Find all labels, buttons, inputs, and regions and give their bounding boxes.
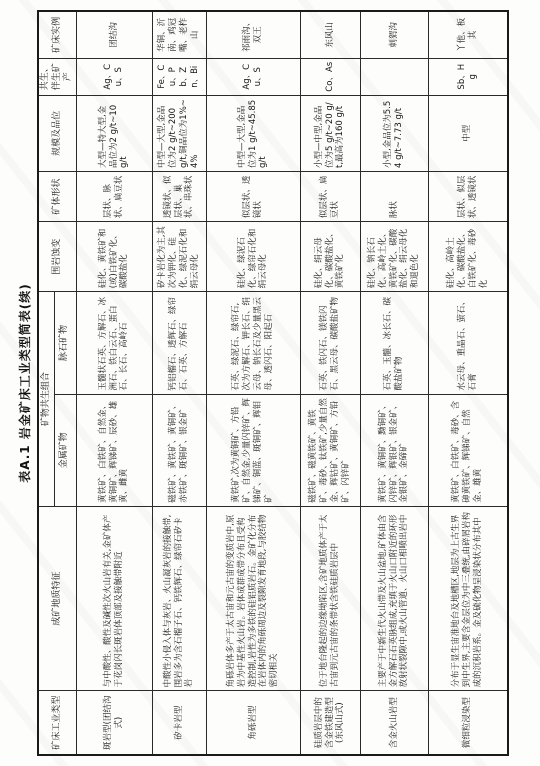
cell-gangue-row2: 钙铝榴石、透辉石、绿帘石、石英、方解石 bbox=[152, 292, 206, 394]
cell-metallic-row3: 黄铁矿,次为黄铜矿、方铅矿、自然金,少量闪锌矿、辉锑矿、铜蓝、斑铜矿、辉钼矿 bbox=[206, 394, 300, 506]
gold-deposit-type-table: 矿床工业类型 成矿地质特征 矿物共生组合 围岩蚀变 矿体形状 规模及品位 共生、… bbox=[37, 10, 509, 756]
table-row-skarn: 矽卡岩型 中酸性小侵入体与灰岩、火山凝灰岩的接触带,围岩多为含石榴子石、钙铁辉石… bbox=[152, 11, 206, 755]
cell-metallic-row5: 黄铁矿、黄铜矿、黝铜矿、闪锌矿、辉银矿、银金矿、金银矿、金碲矿 bbox=[360, 394, 428, 506]
cell-alteration-row1: 硅化、黄铁矿和(或)白铁矿化、碳酸盐化 bbox=[76, 222, 152, 292]
scanned-page: 表A.1 岩金矿床工业类型简表(续) 矿床工业类型 成矿地质特征 矿物共生组合 … bbox=[0, 0, 540, 766]
table-title: 表A.1 岩金矿床工业类型简表(续) bbox=[15, 8, 37, 758]
cell-associated-row6: Sb、Hg bbox=[428, 58, 508, 95]
cell-scale-row5: 小型,金品位为5.54 g/t~7.73 g/t bbox=[360, 95, 428, 171]
cell-scale-row4: 小型—中型,金品位为5 g/t~20 g/t,最高为160 g/t bbox=[300, 95, 360, 171]
cell-associated-row2: Fe、Cu、Pb、Zn、Bi bbox=[152, 58, 206, 95]
cell-scale-row6: 中型 bbox=[428, 95, 508, 171]
cell-alteration-row4: 硅化、绢云母化、碳酸盐化、黄铁矿化 bbox=[300, 222, 360, 292]
cell-scale-row1: 大型—特大型,金品位为2 g/t~10 g/t bbox=[76, 95, 152, 171]
table-row-iron-formation: 硅质岩层中的含金铁建造型(东风山式) 位于地台隆起的边缘坳陷区,含矿地质体产于太… bbox=[300, 11, 360, 755]
cell-geology-row6: 分布于显生宙准地台及地槽区,地层为上古生界到中生界,主要含金层位为中三叠统,由碎… bbox=[428, 506, 508, 690]
col-header-alteration: 围岩蚀变 bbox=[38, 222, 76, 292]
cell-shape-row2: 透镜状、似层状、巢状、串珠状 bbox=[152, 171, 206, 221]
cell-scale-row3: 中型—大型,金品位为1 g/t~45.85 g/t bbox=[206, 95, 300, 171]
cell-metallic-row4: 磁铁矿、磁黄铁矿、黄铁矿、毒砂、钛铁矿,少量自然金、辉钴矿、黄铜矿、方铅矿、闪锌… bbox=[300, 394, 360, 506]
cell-shape-row1: 层状、脉状、扁豆状 bbox=[76, 171, 152, 221]
cell-examples-row3: 祁雨沟、双王 bbox=[206, 11, 300, 58]
cell-associated-row3: Ag、Cu、S bbox=[206, 58, 300, 95]
table-row-porphyry: 斑岩型(团结沟式) 与中酸性、酸性及碱性次火山岩有关,金矿体产于花岗闪长斑岩体顶… bbox=[76, 11, 152, 755]
cell-type-row3: 角砾岩型 bbox=[206, 691, 300, 755]
table-row-micro-disseminated: 微细粒浸染型 分布于显生宙准地台及地槽区,地层为上古生界到中生界,主要含金层位为… bbox=[428, 11, 508, 755]
col-header-paragenesis-group: 矿物共生组合 bbox=[38, 292, 54, 507]
cell-examples-row4: 东风山 bbox=[300, 11, 360, 58]
cell-gangue-row5: 石英、玉髓、冰长石、碳酸盐矿物 bbox=[360, 292, 428, 394]
cell-geology-row5: 主要产于中新生代火山带及火山盆地,矿体由含金方解石石英脉组成,充填于火山口附近的… bbox=[360, 506, 428, 690]
cell-type-row6: 微细粒浸染型 bbox=[428, 691, 508, 755]
cell-associated-row5 bbox=[360, 58, 428, 95]
cell-gangue-row1: 玉髓状石英、方解石、冰洲石、铁白云石、蛋白石、长石、高岭石 bbox=[76, 292, 152, 394]
cell-alteration-row6: 硅化、高岭土化、碳酸盐化、白铁矿化、毒砂化 bbox=[428, 222, 508, 292]
cell-gangue-row4: 石英、铁闪石、镁铁闪石、黑云母、碳酸盐矿物 bbox=[300, 292, 360, 394]
cell-type-row1: 斑岩型(团结沟式) bbox=[76, 691, 152, 755]
cell-gangue-row6: 水云母、重晶石、萤石、石膏 bbox=[428, 292, 508, 394]
cell-associated-row1: Ag、Cu、S bbox=[76, 58, 152, 95]
cell-type-row5: 含金火山岩型 bbox=[360, 691, 428, 755]
cell-metallic-row6: 黄铁矿、白铁矿、毒砂、含砷黄铁矿、辉锑矿、自然金、雄黄 bbox=[428, 394, 508, 506]
cell-metallic-row1: 黄铁矿、白铁矿、自然金、黄铜矿、辉锑矿、辰砂、雄黄、雌黄 bbox=[76, 394, 152, 506]
cell-shape-row5: 脉状 bbox=[360, 171, 428, 221]
cell-shape-row6: 层状、似层状、透镜状 bbox=[428, 171, 508, 221]
col-header-associated-minerals: 共生、伴生矿产 bbox=[38, 58, 76, 95]
cell-gangue-row3: 石英、绿泥石、绿帘石,次为方解石、钾长石、绢云母、钠长石及少量黑云母、透闪石、阳… bbox=[206, 292, 300, 394]
col-header-metallic-minerals: 金属矿物 bbox=[54, 394, 76, 506]
cell-associated-row4: Co、As bbox=[300, 58, 360, 95]
col-header-examples: 矿床实例 bbox=[38, 11, 76, 58]
cell-scale-row2: 中型—大型,金品位为2 g/t~200 g/t,铜品位为1%~4% bbox=[152, 95, 206, 171]
col-header-scale-grade: 规模及品位 bbox=[38, 95, 76, 171]
cell-examples-row2: 华铜、沂南、鸡冠嘴、老柞山 bbox=[152, 11, 206, 58]
cell-alteration-row5: 硅化、钠长石化、高岭土化、黄铁矿化、碳酸盐化、绢云母化和退色化 bbox=[360, 222, 428, 292]
cell-geology-row2: 中酸性小侵入体与灰岩、火山凝灰岩的接触带,围岩多为含石榴子石、钙铁辉石、绿帘石矽… bbox=[152, 506, 206, 690]
cell-geology-row3: 角砾岩体多产于太古宙和元古宙的变质岩中,原岩为中基性火山岩。岩体成群成带分布且受… bbox=[206, 506, 300, 690]
cell-shape-row4: 似层状、扁豆状 bbox=[300, 171, 360, 221]
table-row-breccia: 角砾岩型 角砾岩体多产于太古宙和元古宙的变质岩中,原岩为中基性火山岩。岩体成群成… bbox=[206, 11, 300, 755]
col-header-ore-shape: 矿体形状 bbox=[38, 171, 76, 221]
table-row-volcanic: 含金火山岩型 主要产于中新生代火山带及火山盆地,矿体由含金方解石石英脉组成,充填… bbox=[360, 11, 428, 755]
cell-examples-row5: 刺猬沟 bbox=[360, 11, 428, 58]
cell-shape-row3: 似层状、透镜状 bbox=[206, 171, 300, 221]
cell-geology-row1: 与中酸性、酸性及碱性次火山岩有关,金矿体产于花岗闪长斑岩体顶部及接触带附近 bbox=[76, 506, 152, 690]
col-header-gangue-minerals: 脉石矿物 bbox=[54, 292, 76, 394]
col-header-deposit-type: 矿床工业类型 bbox=[38, 691, 76, 755]
cell-type-row4: 硅质岩层中的含金铁建造型(东风山式) bbox=[300, 691, 360, 755]
cell-type-row2: 矽卡岩型 bbox=[152, 691, 206, 755]
cell-metallic-row2: 磁铁矿、黄铁矿、黄铜矿、赤铁矿、斑铜矿、银金矿 bbox=[152, 394, 206, 506]
cell-examples-row6: 丫他、板其 bbox=[428, 11, 508, 58]
col-header-geology: 成矿地质特征 bbox=[38, 506, 76, 690]
rotated-table-sheet: 表A.1 岩金矿床工业类型简表(续) 矿床工业类型 成矿地质特征 矿物共生组合 … bbox=[15, 8, 525, 758]
cell-geology-row4: 位于地台隆起的边缘坳陷区,含矿地质体产于太古宙到元古宙的条带状含铁硅质岩层中 bbox=[300, 506, 360, 690]
cell-alteration-row3: 硅化、绿泥石化、绿帘石化和绢云母化 bbox=[206, 222, 300, 292]
cell-examples-row1: 团结沟 bbox=[76, 11, 152, 58]
cell-alteration-row2: 矽卡岩化为主,其次为钾化、硅化、绿泥石化和绢云母化 bbox=[152, 222, 206, 292]
